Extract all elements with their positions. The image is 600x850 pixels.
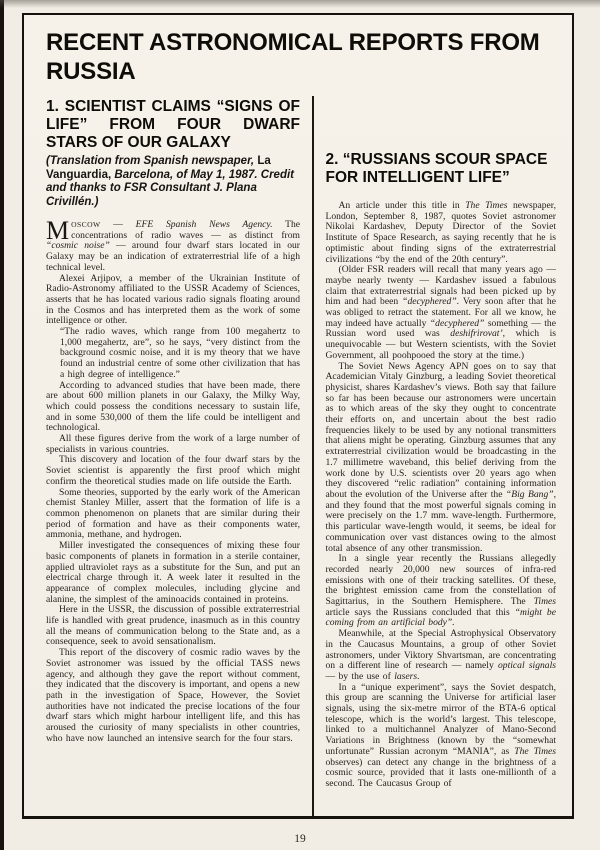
text-segment: The Times	[514, 746, 556, 757]
text-segment: An article under this title in	[339, 200, 466, 211]
paragraph: “The radio waves, which range from 100 m…	[60, 327, 300, 381]
article1-body: MOSCOW — EFE Spanish News Agency. The co…	[46, 220, 300, 744]
article1-section: 1. SCIENTIST CLAIMS “SIGNS OF LIFE” FROM…	[46, 96, 300, 816]
page-title: RECENT ASTRONOMICAL REPORTS FROM RUSSIA	[46, 29, 552, 86]
article1-heading: 1. SCIENTIST CLAIMS “SIGNS OF LIFE” FROM…	[46, 98, 300, 152]
paragraph: In a single year recently the Russians a…	[326, 554, 557, 629]
scan-edge-left	[0, 0, 4, 850]
text-segment: .	[417, 671, 419, 682]
article2-section: 2. “RUSSIANS SCOUR SPACE FOR INTELLIGENT…	[326, 96, 557, 816]
text-segment: “The radio waves, which range from 100 m…	[60, 326, 300, 380]
text-segment: (Translation from Spanish newspaper,	[46, 155, 257, 167]
text-segment: M	[46, 220, 71, 241]
article2-body: An article under this title in The Times…	[326, 201, 557, 790]
paragraph: MOSCOW — EFE Spanish News Agency. The co…	[46, 220, 300, 274]
paragraph: Alexei Arjipov, a member of the Ukrainia…	[46, 274, 300, 328]
paragraph: In a “unique experiment”, says the Sovie…	[326, 683, 557, 790]
text-segment: OSCOW	[71, 220, 100, 229]
paragraph: Some theories, supported by the early wo…	[46, 488, 300, 542]
text-segment: EFE Spanish News Agency.	[136, 219, 273, 230]
text-segment: “decyphered”	[430, 318, 485, 329]
paragraph: The Soviet News Agency APN goes on to sa…	[326, 362, 557, 555]
text-segment: lasers	[394, 671, 417, 682]
text-segment: According to advanced studies that have …	[46, 380, 300, 434]
text-segment: This discovery and location of the four …	[46, 454, 300, 486]
text-segment: The Soviet News Agency APN goes on to sa…	[326, 361, 557, 500]
text-segment: In a single year recently the Russians a…	[326, 553, 557, 607]
scan-edge-top	[0, 0, 600, 8]
article2-heading: 2. “RUSSIANS SCOUR SPACE FOR INTELLIGENT…	[326, 151, 557, 187]
text-segment: Alexei Arjipov, a member of the Ukrainia…	[46, 273, 300, 327]
paragraph: Miller investigated the consequences of …	[46, 541, 300, 605]
text-segment: Here in the USSR, the discussion of poss…	[46, 604, 300, 647]
paragraph: An article under this title in The Times…	[326, 201, 557, 265]
article1-credit: (Translation from Spanish newspaper, La …	[46, 155, 300, 209]
text-segment: optical signals	[498, 660, 556, 671]
text-segment: This report of the discovery of cosmic r…	[46, 647, 300, 744]
columns: 1. SCIENTIST CLAIMS “SIGNS OF LIFE” FROM…	[24, 96, 572, 816]
paragraph: All these figures derive from the work o…	[46, 434, 300, 455]
text-segment: All these figures derive from the work o…	[46, 433, 300, 455]
column-divider-rule	[312, 96, 314, 816]
paragraph: According to advanced studies that have …	[46, 381, 300, 435]
text-segment: observes) can detect any change in the b…	[326, 757, 557, 789]
paragraph: Meanwhile, at the Special Astrophysical …	[326, 629, 557, 683]
text-segment: —	[101, 219, 136, 230]
text-segment: The Times	[465, 200, 507, 211]
paragraph: (Older FSR readers will recall that many…	[326, 265, 557, 361]
text-segment: “decyphered”	[402, 296, 457, 307]
text-segment: — by the use of	[326, 671, 395, 682]
paragraph: Here in the USSR, the discussion of poss…	[46, 605, 300, 648]
text-segment: article says the Russians concluded that…	[326, 607, 515, 618]
text-segment: Some theories, supported by the early wo…	[46, 487, 300, 541]
paragraph: This discovery and location of the four …	[46, 455, 300, 487]
text-segment: Miller investigated the consequences of …	[46, 540, 300, 605]
text-segment: “Big Bang”	[506, 489, 554, 500]
text-segment: Times	[534, 596, 556, 607]
page-frame: RECENT ASTRONOMICAL REPORTS FROM RUSSIA …	[22, 13, 574, 819]
text-segment: “cosmic noise”	[46, 240, 110, 251]
scanned-magazine-page: { "page": { "title": "RECENT ASTRONOMICA…	[0, 0, 600, 850]
footer-page-number: 19	[0, 833, 600, 845]
paragraph: This report of the discovery of cosmic r…	[46, 648, 300, 744]
text-segment: deshifrirovat’	[450, 328, 502, 339]
